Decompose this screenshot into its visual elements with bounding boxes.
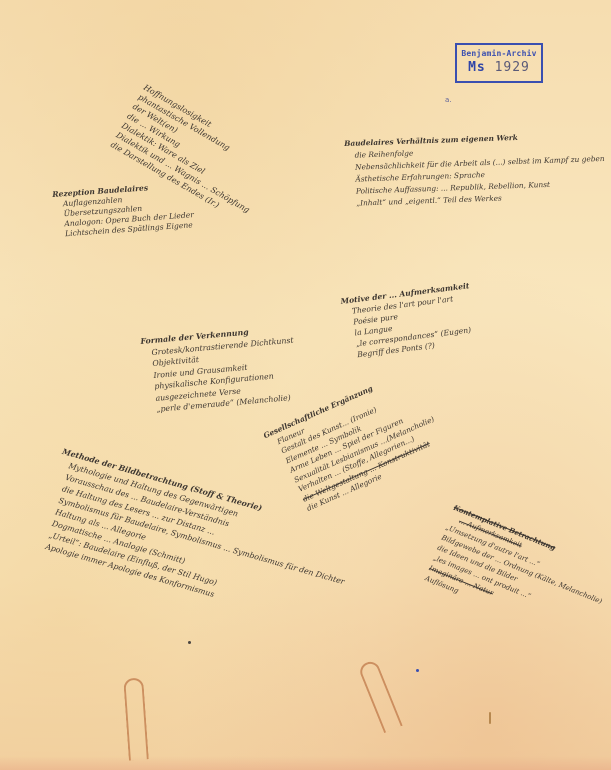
note-block-formale: Formale der Verkennung Grotesk/kontrasti… bbox=[140, 323, 299, 416]
stamp-ms-number: Ms 1929 bbox=[457, 60, 541, 75]
stamp-ms-prefix: Ms bbox=[468, 60, 486, 75]
ink-speck bbox=[489, 712, 491, 724]
ink-speck bbox=[416, 669, 419, 672]
stamp-number: 1929 bbox=[495, 60, 530, 75]
archive-stamp: Benjamin-Archiv Ms 1929 bbox=[455, 43, 543, 83]
pencil-mark: a. bbox=[445, 96, 452, 104]
note-block-verhaeltnis: Baudelaires Verhältnis zum eigenen Werk … bbox=[344, 129, 606, 210]
paper-edge-stain bbox=[0, 756, 611, 770]
stamp-archive-name: Benjamin-Archiv bbox=[457, 49, 541, 58]
ink-speck bbox=[188, 641, 191, 644]
note-block-rezeption: Rezeption Baudelaires Auflagenzahlen Übe… bbox=[52, 180, 195, 240]
manuscript-page bbox=[0, 0, 611, 770]
